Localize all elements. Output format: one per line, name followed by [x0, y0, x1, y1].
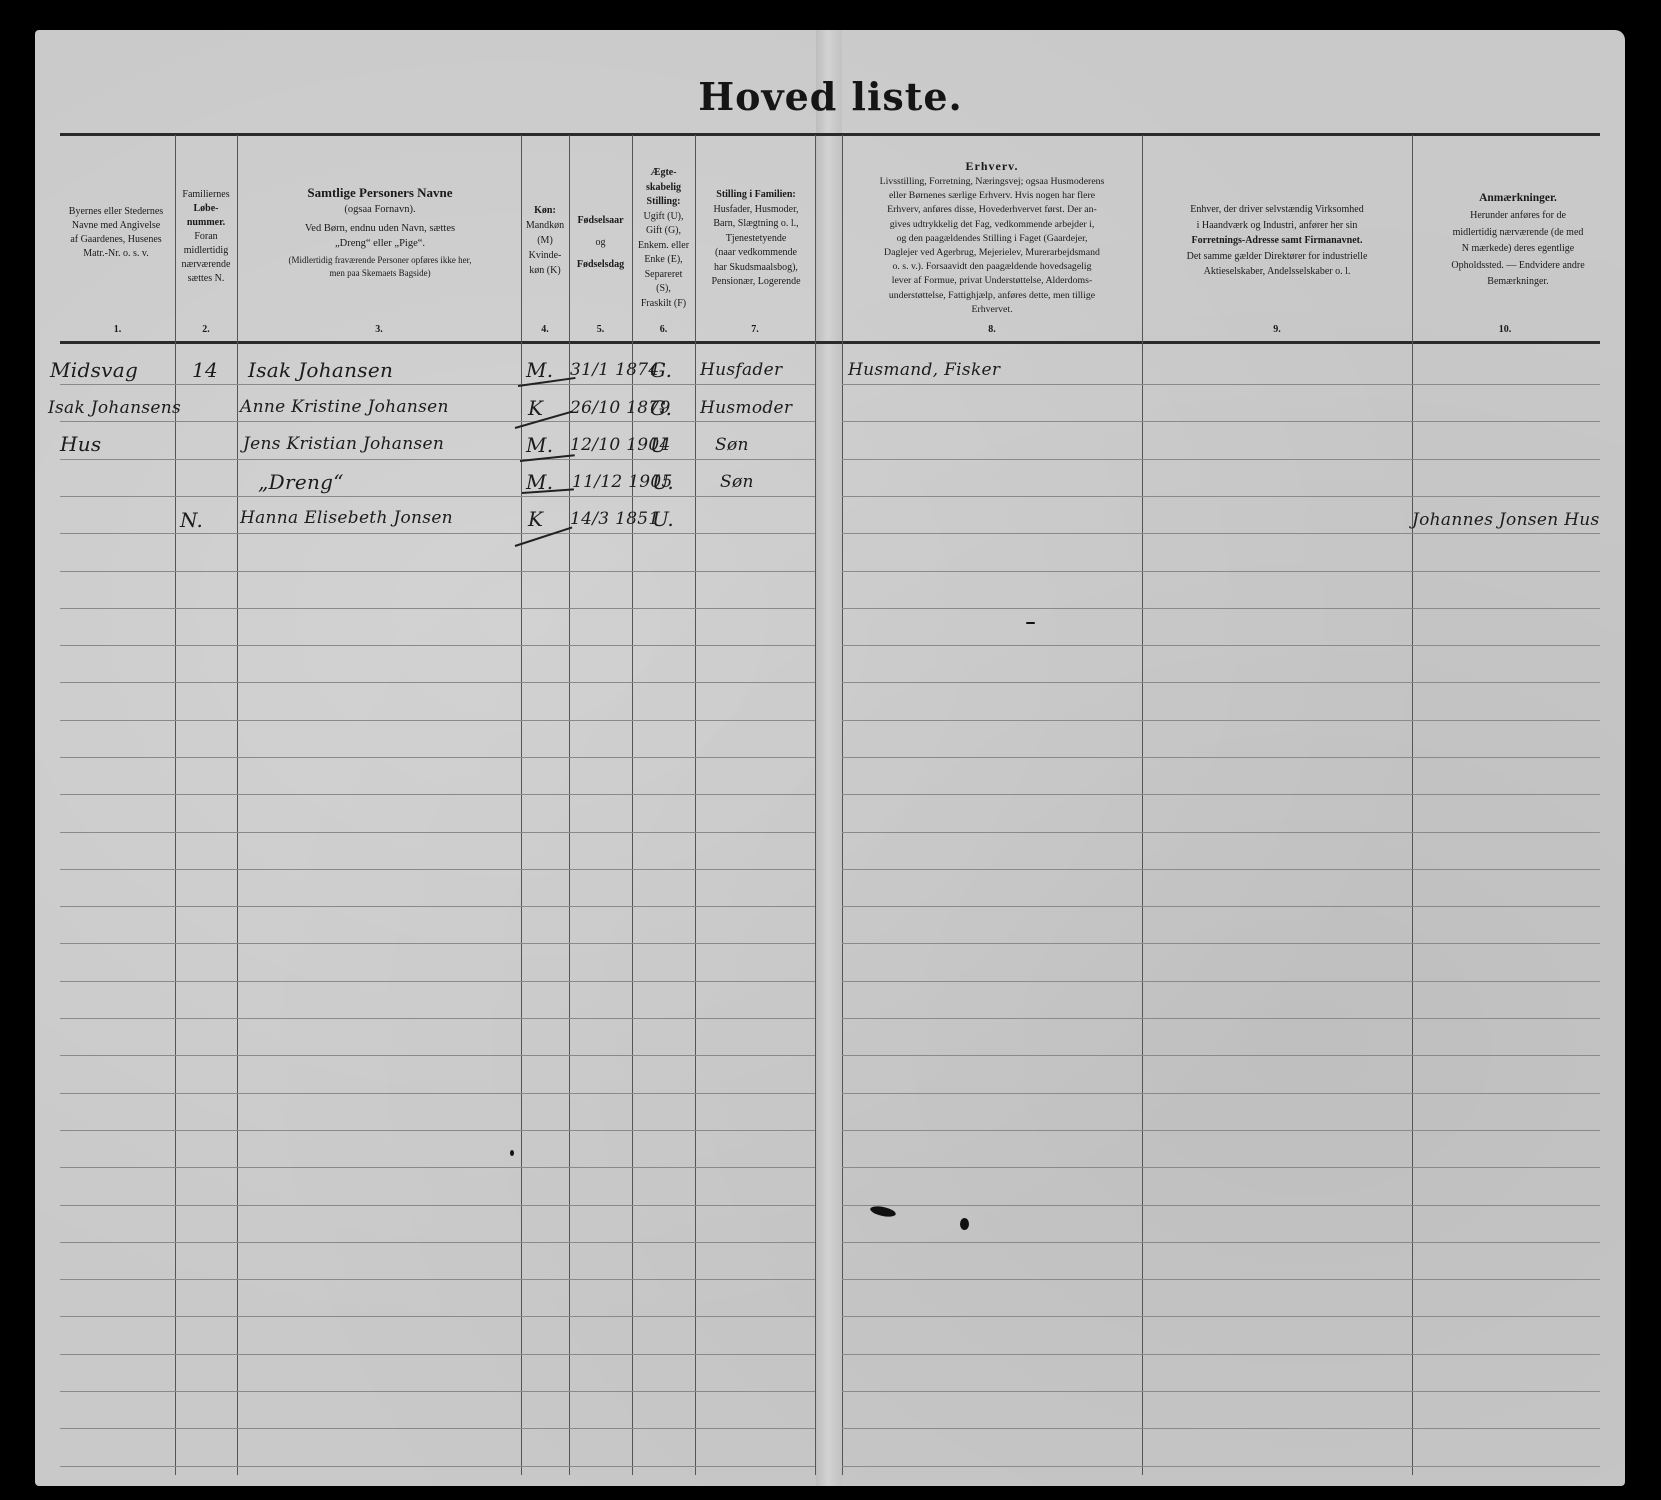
header-text: lever af Formue, privat Understøttelse, …: [843, 274, 1141, 288]
ruled-line: [842, 1205, 1600, 1206]
col-divider: [842, 135, 843, 1475]
ruled-line: [842, 1055, 1600, 1056]
remarks: Johannes Jonsen Hus: [1412, 510, 1600, 530]
ruled-line: [60, 682, 815, 683]
ruled-line: [60, 496, 815, 497]
ruled-line: [60, 1018, 815, 1019]
header-text: Forretnings-Adresse samt Firmanavnet.: [1143, 233, 1411, 249]
ruled-line: [60, 757, 815, 758]
header-text: nummer.: [176, 216, 236, 230]
col-divider: [521, 135, 522, 1475]
col-number: 4.: [521, 324, 569, 335]
header-text: Daglejer ved Agerbrug, Mejerielev, Murer…: [843, 246, 1141, 260]
header-text: (naar vedkommende: [696, 246, 816, 261]
place-line: Midsvag: [50, 358, 138, 382]
ruled-line: [842, 981, 1600, 982]
header-text: Det samme gælder Direktører for industri…: [1143, 249, 1411, 265]
ruled-line: [60, 459, 815, 460]
header-title: Samtlige Personers Navne: [240, 184, 520, 202]
ruled-line: [842, 645, 1600, 646]
ruled-line: [60, 1391, 815, 1392]
header-bottom-rule: [60, 341, 1600, 344]
ruled-line: [842, 571, 1600, 572]
header-text: Byernes eller Stedernes: [60, 205, 172, 219]
marital-status: G.: [650, 396, 672, 420]
col-divider: [1142, 135, 1143, 1475]
marital-status: U.: [652, 507, 674, 531]
header-text: Navne med Angivelse: [60, 219, 172, 233]
ruled-line: [842, 533, 1600, 534]
family-number: N.: [180, 508, 203, 532]
header-text: Fødselsaar: [569, 210, 632, 232]
ruled-line: [842, 1167, 1600, 1168]
sex-value: K: [528, 396, 543, 420]
header-text: Stilling i Familien:: [696, 188, 816, 203]
col-number: 3.: [237, 324, 521, 335]
ruled-line: [842, 720, 1600, 721]
header-text: Opholdssted. — Endvidere andre: [1413, 258, 1623, 275]
form-title: Hoved liste.: [0, 74, 1661, 119]
header-text: Gift (G),: [632, 224, 695, 239]
ruled-line: [60, 794, 815, 795]
page-fold: [816, 30, 842, 1486]
header-text: skabelig: [632, 181, 695, 196]
header-text: Pensionær, Logerende: [696, 275, 816, 290]
ruled-line: [60, 1279, 815, 1280]
header-text: Mandkøn: [521, 218, 569, 233]
header-text: Barn, Slægtning o. l.,: [696, 217, 816, 232]
ruled-line: [842, 869, 1600, 870]
header-text: Aktieselskaber, Andelsselskaber o. l.: [1143, 264, 1411, 280]
header-text: (S),: [632, 282, 695, 297]
col-divider: [815, 135, 816, 1475]
header-text: har Skudsmaalsbog),: [696, 261, 816, 276]
ruled-line: [842, 384, 1600, 385]
col1-header: Byernes eller Stedernes Navne med Angive…: [60, 205, 172, 261]
ruled-line: [842, 496, 1600, 497]
header-text: N mærkede) deres egentlige: [1413, 241, 1623, 258]
header-title: Erhverv.: [843, 157, 1141, 175]
header-text: Ægte-: [632, 166, 695, 181]
sex-value: K: [528, 507, 543, 531]
col3-header: Samtlige Personers Navne (ogsaa Fornavn)…: [240, 184, 520, 280]
header-text: af Gaardenes, Husenes: [60, 233, 172, 247]
ruled-line: [60, 1466, 815, 1467]
col-divider: [569, 135, 570, 1475]
header-text: (ogsaa Fornavn).: [240, 202, 520, 217]
ruled-line: [842, 757, 1600, 758]
header-text: (Midlertidig fraværende Personer opføres…: [240, 254, 520, 267]
col-divider: [175, 135, 176, 1475]
ink-mark: [1026, 622, 1035, 624]
header-text: Enkem. eller: [632, 239, 695, 254]
header-text: o. s. v.). Forsaavidt den paagældende ho…: [843, 260, 1141, 274]
header-text: Ugift (U),: [632, 210, 695, 225]
sex-value: M.: [526, 433, 553, 457]
person-name: „Dreng“: [258, 470, 344, 494]
ruled-line: [842, 608, 1600, 609]
ruled-line: [842, 1466, 1600, 1467]
ruled-line: [842, 1428, 1600, 1429]
header-text: og den paagældendes Stilling i Faget (Ga…: [843, 232, 1141, 246]
marital-status: U: [650, 433, 667, 457]
col9-header: Enhver, der driver selvstændig Virksomhe…: [1143, 202, 1411, 280]
col6-header: Ægte- skabelig Stilling: Ugift (U), Gift…: [632, 166, 695, 311]
ruled-line: [60, 645, 815, 646]
marital-status: U.: [652, 470, 674, 494]
ruled-line: [60, 1093, 815, 1094]
place-line: Isak Johansens: [48, 398, 181, 418]
family-number: 14: [192, 358, 218, 382]
birth-date: 14/3 1851: [570, 509, 660, 529]
header-text: Ved Børn, endnu uden Navn, sættes: [240, 221, 520, 236]
ruled-line: [842, 1316, 1600, 1317]
header-text: Løbe-: [176, 202, 236, 216]
header-text: Foran: [176, 230, 236, 244]
ruled-line: [60, 571, 815, 572]
col5-header: Fødselsaar og Fødselsdag: [569, 210, 632, 276]
col-number: 8.: [842, 324, 1142, 335]
ruled-line: [60, 1055, 815, 1056]
ruled-line: [60, 869, 815, 870]
ruled-line: [842, 906, 1600, 907]
col8-header: Erhverv. Livsstilling, Forretning, Nærin…: [843, 157, 1141, 317]
header-top-rule: [60, 133, 1600, 136]
header-text: eller Børnenes særlige Erhverv. Hvis nog…: [843, 189, 1141, 203]
ruled-line: [60, 1354, 815, 1355]
ruled-line: [842, 832, 1600, 833]
family-role: Søn: [715, 435, 749, 455]
header-text: gives udtrykkelig det Fag, vedkommende a…: [843, 218, 1141, 232]
ruled-line: [60, 384, 815, 385]
family-role: Søn: [720, 472, 754, 492]
header-text: Enhver, der driver selvstændig Virksomhe…: [1143, 202, 1411, 218]
header-text: Livsstilling, Forretning, Næringsvej; og…: [843, 175, 1141, 189]
col2-header: Familiernes Løbe- nummer. Foran midlerti…: [176, 188, 236, 286]
col-divider: [695, 135, 696, 1475]
ruled-line: [60, 1205, 815, 1206]
header-text: Erhverv, anføres disse, Hovederhvervet f…: [843, 203, 1141, 217]
header-text: Køn:: [521, 203, 569, 218]
ruled-line: [60, 1316, 815, 1317]
header-text: understøttelse, Fattighjælp, anføres det…: [843, 289, 1141, 303]
occupation: Husmand, Fisker: [848, 360, 1000, 380]
header-text: Husfader, Husmoder,: [696, 203, 816, 218]
header-text: Bemærkninger.: [1413, 274, 1623, 291]
marital-status: G.: [650, 358, 672, 382]
header-text: og: [569, 232, 632, 254]
family-role: Husmoder: [700, 398, 792, 418]
ruled-line: [60, 1167, 815, 1168]
header-text: sættes N.: [176, 272, 236, 286]
header-text: Tjenestetyende: [696, 232, 816, 247]
person-name: Isak Johansen: [248, 358, 393, 382]
ruled-line: [842, 421, 1600, 422]
header-title: Anmærkninger.: [1413, 188, 1623, 208]
person-name: Hanna Elisebeth Jonsen: [240, 508, 453, 528]
ink-mark: [510, 1150, 514, 1156]
header-text: (M): [521, 233, 569, 248]
ruled-line: [842, 1242, 1600, 1243]
ruled-line: [60, 1428, 815, 1429]
header-text: i Haandværk og Industri, anfører her sin: [1143, 218, 1411, 234]
col-divider: [1412, 135, 1413, 1475]
col-number: 6.: [632, 324, 695, 335]
header-text: Fødselsdag: [569, 254, 632, 276]
ruled-line: [842, 1018, 1600, 1019]
header-text: midlertidig: [176, 244, 236, 258]
header-text: Separeret: [632, 268, 695, 283]
col-number: 9.: [1142, 324, 1412, 335]
header-text: Herunder anføres for de: [1413, 208, 1623, 225]
ruled-line: [60, 720, 815, 721]
ruled-line: [842, 1093, 1600, 1094]
sex-value: M.: [526, 358, 553, 382]
col-number: 5.: [569, 324, 632, 335]
ruled-line: [842, 1130, 1600, 1131]
person-name: Anne Kristine Johansen: [240, 397, 449, 417]
ruled-line: [842, 794, 1600, 795]
ruled-line: [60, 906, 815, 907]
header-text: Kvinde-: [521, 248, 569, 263]
ruled-line: [842, 459, 1600, 460]
ruled-line: [842, 943, 1600, 944]
col10-header: Anmærkninger. Herunder anføres for de mi…: [1413, 188, 1623, 291]
col-number: 10.: [1412, 324, 1598, 335]
header-text: Familiernes: [176, 188, 236, 202]
header-text: Stilling:: [632, 195, 695, 210]
col-number: 2.: [175, 324, 237, 335]
col-divider: [632, 135, 633, 1475]
header-text: nærværende: [176, 258, 236, 272]
col-number: 1.: [60, 324, 175, 335]
ruled-line: [60, 832, 815, 833]
birth-date: 31/1 1874: [570, 360, 660, 380]
col-number: 7.: [695, 324, 815, 335]
header-text: køn (K): [521, 263, 569, 278]
ruled-line: [842, 1279, 1600, 1280]
ink-blot: [960, 1218, 969, 1230]
header-text: men paa Skemaets Bagside): [240, 267, 520, 280]
family-role: Husfader: [700, 360, 782, 380]
ruled-line: [60, 1242, 815, 1243]
header-text: Fraskilt (F): [632, 297, 695, 312]
header-text: midlertidig nærværende (de med: [1413, 225, 1623, 242]
ruled-line: [60, 1130, 815, 1131]
header-text: Erhvervet.: [843, 303, 1141, 317]
ruled-line: [60, 533, 815, 534]
person-name: Jens Kristian Johansen: [243, 434, 444, 454]
col-divider: [237, 135, 238, 1475]
place-line: Hus: [60, 432, 102, 456]
col4-header: Køn: Mandkøn (M) Kvinde- køn (K): [521, 203, 569, 278]
header-text: „Dreng“ eller „Pige“.: [240, 236, 520, 251]
ruled-line: [842, 1391, 1600, 1392]
header-text: Enke (E),: [632, 253, 695, 268]
ruled-line: [60, 981, 815, 982]
ruled-line: [60, 421, 815, 422]
header-text: Matr.-Nr. o. s. v.: [60, 247, 172, 261]
ruled-line: [60, 943, 815, 944]
ruled-line: [842, 1354, 1600, 1355]
ruled-line: [842, 682, 1600, 683]
ruled-line: [60, 608, 815, 609]
col7-header: Stilling i Familien: Husfader, Husmoder,…: [696, 188, 816, 290]
